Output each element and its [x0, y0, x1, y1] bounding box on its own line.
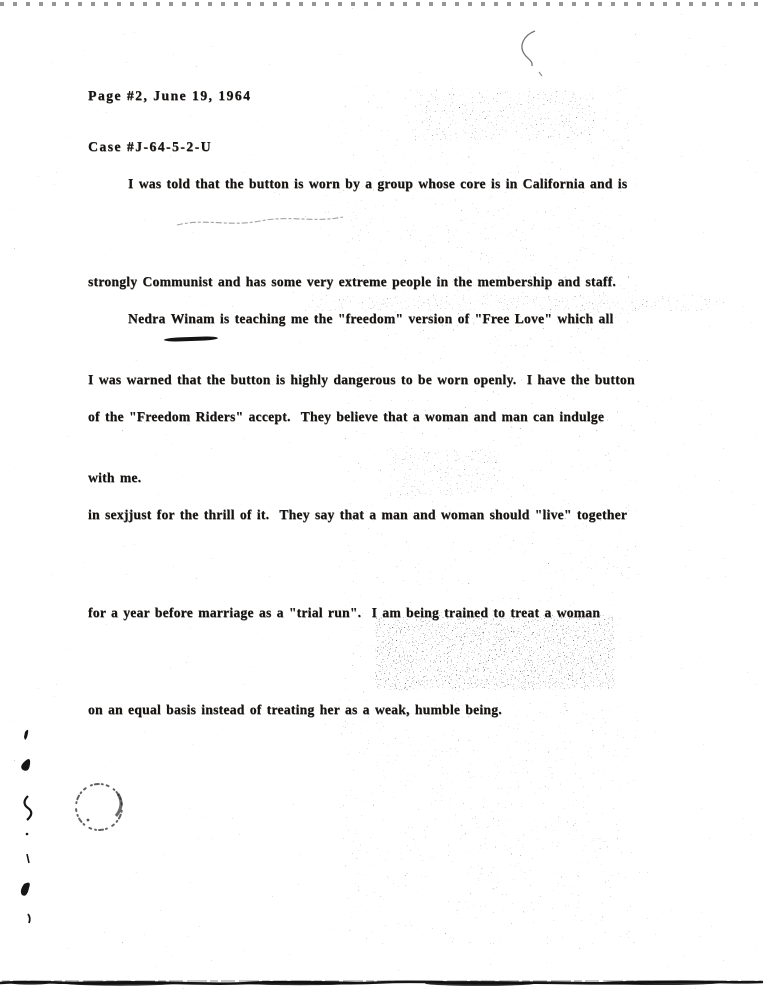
top-perforation-line	[0, 2, 763, 6]
curved-ink-mark	[505, 28, 560, 78]
paragraph-2: Nedra Winam is teaching me the "freedom"…	[88, 238, 748, 792]
document-page: Page #2, June 19, 1964 Case #J-64-5-2-U …	[0, 0, 763, 990]
bottom-scan-edge	[0, 972, 763, 990]
margin-ink-marks	[14, 722, 54, 947]
text-line: on an equal basis instead of treating he…	[88, 694, 748, 727]
scan-noise-patch	[465, 872, 580, 917]
text-line: Nedra Winam is teaching me the "freedom"…	[88, 303, 748, 336]
text-line: in sexjjust for the thrill of it. They s…	[88, 499, 748, 532]
text-line: for a year before marriage as a "trial r…	[88, 597, 748, 630]
text-line: of the "Freedom Riders" accept. They bel…	[88, 401, 748, 434]
underlined-word: Winam	[171, 303, 215, 336]
header-page-line: Page #2, June 19, 1964	[88, 87, 251, 104]
text-segment: is teaching me the "freedom" version of …	[215, 311, 614, 326]
text-line: I was told that the button is worn by a …	[88, 168, 748, 201]
text-segment: Nedra	[128, 311, 171, 326]
